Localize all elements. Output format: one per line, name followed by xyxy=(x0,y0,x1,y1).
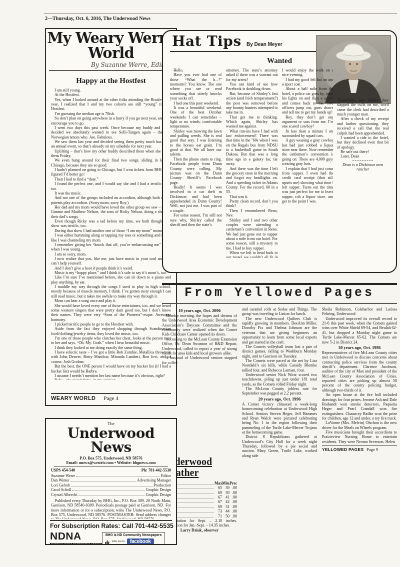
hat-tips-col-1: Hello,Have you ever had one of those “Wh… xyxy=(170,68,222,258)
paragraph: I would enjoy the walk on a nice evening… xyxy=(282,68,334,77)
paragraph: The McLean County jobless rate for Septe… xyxy=(242,387,317,396)
dot-leader xyxy=(173,517,214,518)
jump-label: YELLOWED PAGES xyxy=(322,447,364,452)
dot-leader xyxy=(78,495,144,496)
subscription-line: For Subscription Rates: Call 701-442-553… xyxy=(50,523,172,530)
yellowed-col-3: Sheila Robinson, Coleharbor and Larissa … xyxy=(322,307,397,557)
paragraph: I muddle my way through the songs I used… xyxy=(51,285,171,299)
dot-leader xyxy=(173,512,214,513)
paragraph: I went two days this past week. Once bec… xyxy=(51,125,171,139)
paragraph: I remember giving her “knock that off, y… xyxy=(51,242,171,251)
hat-tips-header: Hat Tips By Dean Meyer xyxy=(170,35,318,52)
masthead-rule xyxy=(54,466,168,467)
paragraph: Shirley and I and two other couples were… xyxy=(226,218,278,251)
paragraph: And not one of the groups included an ac… xyxy=(51,196,171,205)
staff-row: Crystal Albrecht Graphic Design xyxy=(50,492,172,497)
dot-leader xyxy=(176,489,213,490)
credit-divider xyxy=(353,160,374,161)
article-paragraphs: I am still young.At the Hostfest.Yes, wh… xyxy=(51,88,171,380)
facebook-badge: BHG is ND Community Newspapers Like us o… xyxy=(102,532,165,545)
yellowed-pages-top-rule xyxy=(162,283,397,285)
paragraph: We even hung around for their final two … xyxy=(51,158,171,167)
paragraph: I was either humming along or tapping my… xyxy=(51,233,171,242)
paragraph: That got me to thinking. Which again, Sh… xyxy=(226,115,278,129)
paragraph: Like I’m sure I’ve mentioned before, she… xyxy=(51,275,171,284)
phone-number: Ph: 701-442-5530 xyxy=(141,468,171,473)
paragraph: Yes, when I looked around at the other f… xyxy=(51,97,171,111)
paragraph: About a half mile from the hotel, a poli… xyxy=(282,87,334,115)
photo-spacer xyxy=(337,68,389,98)
masthead-codes: USPS 454-540 Ph: 701-442-5530 xyxy=(50,468,172,473)
paragraph: Aside from the fact they enjoyed shoppin… xyxy=(51,327,171,336)
dot-leader xyxy=(76,477,160,478)
paragraph: I’m one of those people who clutches her… xyxy=(51,336,171,345)
hat-tips-column: Hat Tips By Dean Meyer Wanted Hello,Have… xyxy=(162,30,397,273)
column-byline: By Suzanne Werre, Editor xyxy=(46,62,170,69)
decade-heading-1996: 20 years ago, Oct. 1996 xyxy=(242,396,317,401)
paragraph: Sheila Robinson, Coleharbor and Larissa … xyxy=(322,307,397,316)
article-headline: Happy at the Hostfest xyxy=(46,76,176,85)
paragraph: It was a beautiful weekend. One of the b… xyxy=(170,105,222,128)
paragraph: An open house at the fire hall included … xyxy=(322,393,397,421)
staff-list: Suzanne Werre Editor Dan Winter Advertis… xyxy=(50,474,172,497)
yellowed-pages-body: 10 years ago, Oct. 2006 Monday morning, … xyxy=(162,307,397,557)
masthead-rule xyxy=(49,70,173,71)
paragraph: Representatives of five McLean County ci… xyxy=(322,350,397,392)
dot-leader xyxy=(71,486,152,487)
weary-werre-world-column: My Weary Werre World By Suzanne Werre, E… xyxy=(45,28,177,406)
folio-line: 2—Thursday, Oct. 6, 2016, The Underwood … xyxy=(45,16,150,22)
paragraph: District 8 Republicans gathered at Under… xyxy=(242,435,317,458)
paragraph: Babs – the grand dame, in my opinion. xyxy=(51,378,171,380)
paragraph: After a check of my receipt and further … xyxy=(337,117,389,136)
paragraph: What run-ins have I had with law enforce… xyxy=(226,129,278,166)
hat-tips-col-3: I would enjoy the walk on a nice evening… xyxy=(282,68,334,258)
paragraph: In less than a minute I am surrounded by… xyxy=(282,129,334,138)
paragraph: For some reason, I’m still not sure why,… xyxy=(170,213,222,227)
facebook-logo: facebook xyxy=(127,538,154,545)
yellowed-pages-bottom-rule xyxy=(162,303,397,304)
paragraph: Then the phone starts to ring. Facebook … xyxy=(170,157,222,185)
paragraph: Thankfully, just before they slapped the… xyxy=(337,98,389,117)
paragraph: I now realize that you, like me, just ha… xyxy=(51,256,171,265)
decade-heading-1986: 30 years ago, Oct. 1986 xyxy=(322,345,397,350)
paragraph: A busload of Underwood seniors stopped f… xyxy=(162,356,237,365)
paragraph: Underwood improved its overall record to… xyxy=(322,316,397,344)
paragraph: And there was the time I left the grocer… xyxy=(226,166,278,194)
paragraph: LaVonne (Mrs. Melvin) Olschan is the new… xyxy=(322,421,397,430)
masthead-contact: Email: unews@westriv.com • Website: bhgn… xyxy=(50,461,172,466)
paragraph: attorney. The state’s attorney asked if … xyxy=(226,68,278,82)
paragraph: I have eclectic taste – I’ve got a littl… xyxy=(51,350,171,364)
jump-label: WEARY WORLD xyxy=(51,396,96,402)
paragraph: Her dad and my mom would have loved the … xyxy=(51,205,171,219)
like-us-label: Like us on xyxy=(112,541,125,544)
paragraph: Even though Ricky was a tad before my ti… xyxy=(51,219,171,228)
paragraph: I found the perfect one, and I would say… xyxy=(51,182,171,191)
jump-line: YELLOWED PAGES Page 9 xyxy=(322,446,397,453)
dot-leader xyxy=(176,507,213,508)
facebook-badge-caption: BHG is ND Community Newspapers xyxy=(105,534,163,538)
thumb-up-icon xyxy=(105,539,111,545)
paragraph: The new Underwood Quilters Club is rapid… xyxy=(242,316,317,344)
paragraph: Pretty clean record, don’t you think? xyxy=(226,199,278,208)
paragraph: Uplifting – that’s how my other buddy de… xyxy=(51,149,171,158)
dot-leader xyxy=(72,491,145,492)
paragraph: The Comets were paced at the net by Lisa… xyxy=(242,358,317,372)
paragraph: I explain that I had just come from supp… xyxy=(282,166,334,203)
decade-heading-2006: 10 years ago, Oct. 2006 xyxy=(162,308,237,313)
jump-page: Page 4 xyxy=(104,396,119,402)
paragraph: The Comets volleyball team lost a pair o… xyxy=(242,344,317,358)
paragraph: You can kind of see how Facebook is doub… xyxy=(226,82,278,91)
jump-line: WEARY WORLD Page 4 xyxy=(51,393,171,402)
paragraph: Boy, they don’t get any argument or sass… xyxy=(282,115,334,129)
paragraph: A guy wearing a gray cowboy hat had just… xyxy=(282,138,334,166)
newspaper-name: Underwood News xyxy=(50,427,172,456)
yellowed-col-2: and caramel rolls at Sodas and Things. T… xyxy=(242,307,317,557)
paragraph: I had my good felt hat on and a sport co… xyxy=(282,77,334,86)
staff-role: Graphic Design xyxy=(146,492,171,497)
paragraph: So don’t plan on going anywhere in a hur… xyxy=(51,116,171,125)
signoff-name: Later, Dean xyxy=(337,154,389,159)
newspaper-page: 2—Thursday, Oct. 6, 2016, The Underwood … xyxy=(0,0,400,567)
subscription-rule xyxy=(50,520,172,521)
hat-tips-body: Hello,Have you ever had one of those “Wh… xyxy=(170,68,389,258)
paragraph: According to the McLean County Extension… xyxy=(162,337,237,356)
paragraph: But, because of Shirley’s fast action (a… xyxy=(226,91,278,114)
paragraph: She would have loved every one of those … xyxy=(51,303,171,322)
paragraph: Really! It seems I was involved in a car… xyxy=(170,185,222,213)
paragraph: Then I remembered Reno, Nev. xyxy=(226,208,278,217)
page-top-rule xyxy=(44,13,397,14)
hat-tips-col-4: Thankfully, just before they slapped the… xyxy=(337,68,389,258)
hat-tips-byline: By Dean Meyer xyxy=(246,42,282,48)
dot-leader xyxy=(176,498,213,499)
paragraph: Monday morning, the hopes and dreams of … xyxy=(162,314,237,337)
dot-leader xyxy=(176,503,213,504)
paragraph: We saw them last year and decided seeing… xyxy=(51,139,171,148)
paragraph: Underwood senior Nick Wirtz scored two t… xyxy=(242,373,317,387)
paragraph: Five musicians brought their accordions … xyxy=(322,430,397,444)
paragraph: But the best, the ONE person I would hav… xyxy=(51,364,171,373)
paragraph: I hadn’t planned on going to Chicago, bu… xyxy=(51,168,171,177)
paragraph: A Comet victory climaxed a week-long hom… xyxy=(242,402,317,435)
hat-tips-col-2: attorney. The state’s attorney asked if … xyxy=(226,68,278,258)
paragraph: Have you ever had one of those “What the… xyxy=(170,73,222,101)
paragraph: When we left to head back to our motel, … xyxy=(226,251,278,258)
article-body: I am still young.At the Hostfest.Yes, wh… xyxy=(51,88,171,380)
newspaper-masthead-box: The Underwood News P.O. Box 575, Underwo… xyxy=(45,418,177,545)
ndna-acronym: NDNA xyxy=(50,532,98,541)
jump-page: Page 9 xyxy=(367,448,378,453)
ndna-logo: NDNA NORTH DAKOTA NEWSPAPER ASSOCIATION xyxy=(50,532,98,545)
column-masthead-title: My Weary Werre World xyxy=(46,32,176,61)
yellowed-pages-title: From Yellowed Pages xyxy=(162,286,397,300)
staff-name: Crystal Albrecht xyxy=(51,492,77,497)
dot-leader xyxy=(176,493,213,494)
dot-leader xyxy=(71,481,136,482)
paragraph: Shirley was mowing the lawn and pulling … xyxy=(170,129,222,157)
publishing-boilerplate: Published every Thursday by BHG, Inc., P… xyxy=(50,498,172,519)
author-credit: Dean is a Dickinson area rancher xyxy=(337,162,389,171)
dot-leader xyxy=(171,484,214,485)
usps-number: USPS 454-540 xyxy=(51,468,75,473)
paragraph: and caramel rolls at Sodas and Things. T… xyxy=(242,307,317,316)
hat-tips-title: Hat Tips xyxy=(172,35,241,49)
paragraph: I wanted a ride to the hotel, but they d… xyxy=(337,135,389,149)
